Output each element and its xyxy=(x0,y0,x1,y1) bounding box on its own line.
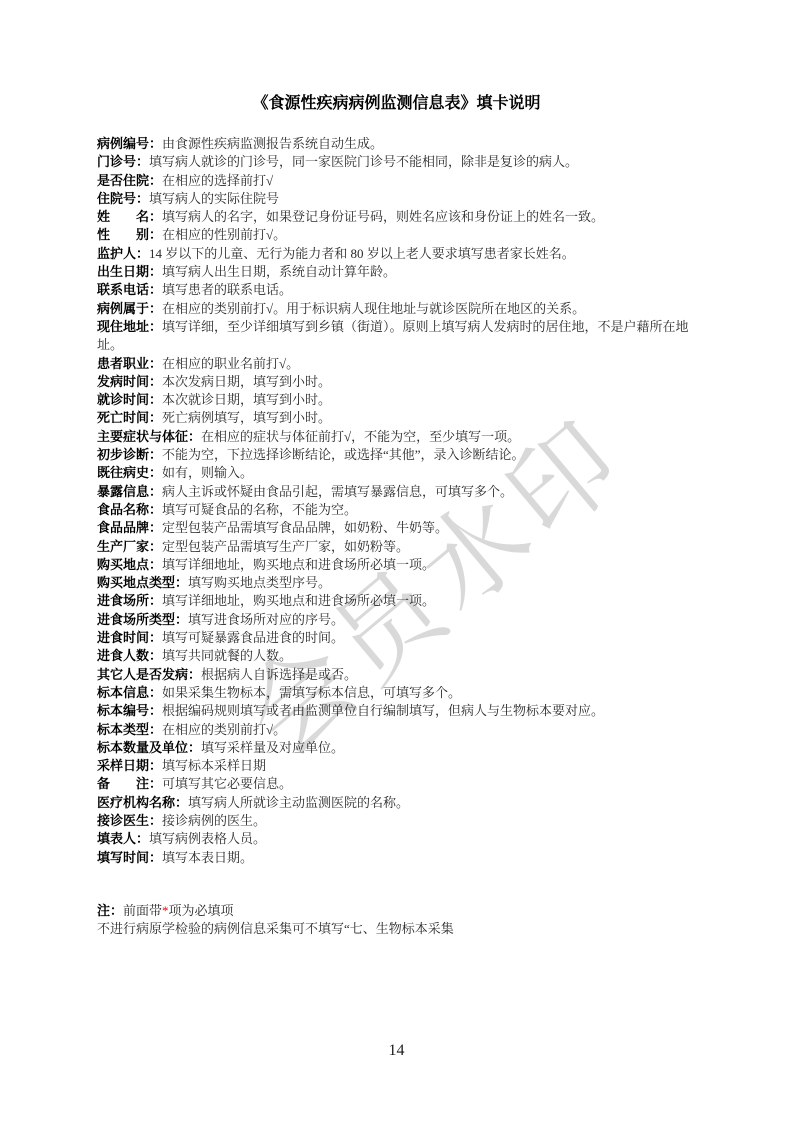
instruction-item: 住院号：填写病人的实际住院号 xyxy=(97,190,703,208)
instruction-item: 监护人：14 岁以下的儿童、无行为能力者和 80 岁以上老人要求填写患者家长姓名… xyxy=(97,245,703,263)
field-description: 如果采集生物标本，需填写标本信息，可填写多个。 xyxy=(162,685,461,700)
instruction-item: 进食场所类型：填写进食场所对应的序号。 xyxy=(97,611,703,629)
instruction-item: 就诊时间：本次就诊日期，填写到小时。 xyxy=(97,391,703,409)
field-description: 填写病人的名字，如果登记身份证号码，则姓名应该和身份证上的姓名一致。 xyxy=(162,209,604,224)
field-label: 进食场所： xyxy=(97,593,162,608)
instruction-item: 标本类型：在相应的类别前打√。 xyxy=(97,721,703,739)
field-label: 病例编号： xyxy=(97,136,162,151)
field-description: 填写标本采样日期 xyxy=(162,758,266,773)
field-label: 既往病史： xyxy=(97,465,162,480)
field-description: 不能为空，下拉选择诊断结论，或选择“其他”，录入诊断结论。 xyxy=(162,447,525,462)
field-description: 填写详细，至少详细填写到乡镇（街道）。原则上填写病人发病时的居住地，不是户藉所在… xyxy=(97,319,689,352)
field-description: 接诊病例的医生。 xyxy=(162,813,266,828)
field-description: 在相应的症状与体征前打√，不能为空，至少填写一项。 xyxy=(201,429,520,444)
instruction-item: 姓 名：填写病人的名字，如果登记身份证号码，则姓名应该和身份证上的姓名一致。 xyxy=(97,208,703,226)
field-description: 在相应的性别前打√。 xyxy=(162,227,286,242)
instruction-item: 进食场所：填写详细地址，购买地点和进食场所必填一项。 xyxy=(97,592,703,610)
field-description: 填写本表日期。 xyxy=(162,850,253,865)
page-title: 《食源性疾病病例监测信息表》填卡说明 xyxy=(0,90,793,113)
field-description: 填写病人所就诊主动监测医院的名称。 xyxy=(188,795,409,810)
instruction-item: 现住地址：填写详细，至少详细填写到乡镇（街道）。原则上填写病人发病时的居住地，不… xyxy=(97,318,703,355)
instruction-item: 标本编号：根据编码规则填写或者由监测单位自行编制填写，但病人与生物标本要对应。 xyxy=(97,702,703,720)
field-label: 备 注： xyxy=(97,776,162,791)
field-description: 填写详细地址，购买地点和进食场所必填一项。 xyxy=(162,593,435,608)
instruction-item: 发病时间：本次发病日期，填写到小时。 xyxy=(97,373,703,391)
field-description: 填写购买地点类型序号。 xyxy=(188,575,331,590)
instruction-item: 初步诊断：不能为空，下拉选择诊断结论，或选择“其他”，录入诊断结论。 xyxy=(97,446,703,464)
field-description: 定型包装产品需填写食品品牌，如奶粉、牛奶等。 xyxy=(162,520,448,535)
field-description: 在相应的职业名前打√。 xyxy=(162,356,299,371)
instruction-item: 性 别：在相应的性别前打√。 xyxy=(97,226,703,244)
field-label: 购买地点类型： xyxy=(97,575,188,590)
field-description: 填写可疑食品的名称，不能为空。 xyxy=(162,502,357,517)
field-description: 在相应的选择前打√ xyxy=(162,173,273,188)
instruction-item: 标本信息：如果采集生物标本，需填写标本信息，可填写多个。 xyxy=(97,684,703,702)
instruction-item: 购买地点类型：填写购买地点类型序号。 xyxy=(97,574,703,592)
field-label: 病例属于： xyxy=(97,301,162,316)
instruction-item: 主要症状与体征：在相应的症状与体征前打√，不能为空，至少填写一项。 xyxy=(97,428,703,446)
field-label: 标本类型： xyxy=(97,722,162,737)
field-description: 由食源性疾病监测报告系统自动生成。 xyxy=(162,136,383,151)
instruction-item: 其它人是否发病：根据病人自诉选择是或否。 xyxy=(97,666,703,684)
field-description: 死亡病例填写，填写到小时。 xyxy=(162,410,331,425)
field-label: 标本信息： xyxy=(97,685,162,700)
instruction-item: 既往病史：如有，则输入。 xyxy=(97,464,703,482)
field-description: 填写病人的实际住院号 xyxy=(149,191,279,206)
field-description: 本次发病日期，填写到小时。 xyxy=(162,374,331,389)
note-prefix: 前面带 xyxy=(123,903,162,918)
instruction-item: 出生日期：填写病人出生日期，系统自动计算年龄。 xyxy=(97,263,703,281)
field-description: 填写共同就餐的人数。 xyxy=(162,648,292,663)
field-label: 填表人： xyxy=(97,831,149,846)
field-description: 填写采样量及对应单位。 xyxy=(201,740,344,755)
field-label: 接诊医生： xyxy=(97,813,162,828)
document-page: 会员水印 《食源性疾病病例监测信息表》填卡说明 病例编号：由食源性疾病监测报告系… xyxy=(0,0,793,1122)
instruction-item: 病例编号：由食源性疾病监测报告系统自动生成。 xyxy=(97,135,703,153)
field-label: 性 别： xyxy=(97,227,162,242)
note-label: 注： xyxy=(97,903,123,918)
field-label: 进食时间： xyxy=(97,630,162,645)
instruction-item: 标本数量及单位：填写采样量及对应单位。 xyxy=(97,739,703,757)
field-description: 本次就诊日期，填写到小时。 xyxy=(162,392,331,407)
field-label: 现住地址： xyxy=(97,319,162,334)
field-label: 进食人数： xyxy=(97,648,162,663)
field-description: 填写患者的联系电话。 xyxy=(162,282,292,297)
instruction-item: 生产厂家：定型包装产品需填写生产厂家，如奶粉等。 xyxy=(97,538,703,556)
field-label: 主要症状与体征： xyxy=(97,429,201,444)
field-label: 就诊时间： xyxy=(97,392,162,407)
instruction-item: 食品名称：填写可疑食品的名称，不能为空。 xyxy=(97,501,703,519)
field-label: 购买地点： xyxy=(97,557,162,572)
instruction-item: 采样日期：填写标本采样日期 xyxy=(97,757,703,775)
field-label: 暴露信息： xyxy=(97,484,162,499)
field-label: 联系电话： xyxy=(97,282,162,297)
field-description: 在相应的类别前打√。用于标识病人现住地址与就诊医院所在地区的关系。 xyxy=(162,301,585,316)
note-suffix: 项为必填项 xyxy=(169,903,234,918)
field-description: 如有，则输入。 xyxy=(162,465,253,480)
required-note: 注：前面带*项为必填项 xyxy=(97,902,703,920)
field-description: 填写详细地址，购买地点和进食场所必填一项。 xyxy=(162,557,435,572)
field-description: 病人主诉或怀疑由食品引起，需填写暴露信息，可填写多个。 xyxy=(162,484,513,499)
instruction-item: 备 注：可填写其它必要信息。 xyxy=(97,775,703,793)
field-description: 在相应的类别前打√。 xyxy=(162,722,286,737)
field-label: 死亡时间： xyxy=(97,410,162,425)
field-label: 医疗机构名称： xyxy=(97,795,188,810)
instruction-item: 患者职业：在相应的职业名前打√。 xyxy=(97,355,703,373)
field-label: 采样日期： xyxy=(97,758,162,773)
page-number: 14 xyxy=(0,1042,793,1060)
field-description: 填写病人出生日期，系统自动计算年龄。 xyxy=(162,264,396,279)
instruction-item: 是否住院：在相应的选择前打√ xyxy=(97,172,703,190)
instruction-item: 购买地点：填写详细地址，购买地点和进食场所必填一项。 xyxy=(97,556,703,574)
field-label: 出生日期： xyxy=(97,264,162,279)
instruction-item: 接诊医生：接诊病例的医生。 xyxy=(97,812,703,830)
field-label: 生产厂家： xyxy=(97,539,162,554)
field-label: 标本编号： xyxy=(97,703,162,718)
instruction-item: 食品品牌：定型包装产品需填写食品品牌，如奶粉、牛奶等。 xyxy=(97,519,703,537)
instruction-item: 医疗机构名称：填写病人所就诊主动监测医院的名称。 xyxy=(97,794,703,812)
pathogen-note-text: 不进行病原学检验的病例信息采集可不填写“七、生物标本采集 xyxy=(97,921,454,936)
field-label: 发病时间： xyxy=(97,374,162,389)
field-description: 14 岁以下的儿童、无行为能力者和 80 岁以上老人要求填写患者家长姓名。 xyxy=(149,246,575,261)
field-label: 是否住院： xyxy=(97,173,162,188)
field-label: 进食场所类型： xyxy=(97,612,188,627)
field-label: 姓 名： xyxy=(97,209,162,224)
instruction-list: 病例编号：由食源性疾病监测报告系统自动生成。 门诊号：填写病人就诊的门诊号，同一… xyxy=(97,135,703,867)
field-description: 根据编码规则填写或者由监测单位自行编制填写，但病人与生物标本要对应。 xyxy=(162,703,604,718)
instruction-item: 填表人：填写病例表格人员。 xyxy=(97,830,703,848)
field-label: 门诊号： xyxy=(97,154,149,169)
field-label: 食品名称： xyxy=(97,502,162,517)
field-label: 食品品牌： xyxy=(97,520,162,535)
instruction-item: 填写时间：填写本表日期。 xyxy=(97,849,703,867)
field-description: 定型包装产品需填写生产厂家，如奶粉等。 xyxy=(162,539,409,554)
instruction-item: 门诊号：填写病人就诊的门诊号，同一家医院门诊号不能相同，除非是复诊的病人。 xyxy=(97,153,703,171)
instruction-item: 病例属于：在相应的类别前打√。用于标识病人现住地址与就诊医院所在地区的关系。 xyxy=(97,300,703,318)
field-description: 填写病人就诊的门诊号，同一家医院门诊号不能相同，除非是复诊的病人。 xyxy=(149,154,578,169)
instruction-item: 联系电话：填写患者的联系电话。 xyxy=(97,281,703,299)
instruction-item: 暴露信息：病人主诉或怀疑由食品引起，需填写暴露信息，可填写多个。 xyxy=(97,483,703,501)
footnotes: 注：前面带*项为必填项 不进行病原学检验的病例信息采集可不填写“七、生物标本采集 xyxy=(97,902,703,939)
field-description: 填写病例表格人员。 xyxy=(149,831,266,846)
field-description: 可填写其它必要信息。 xyxy=(162,776,292,791)
instruction-item: 进食时间：填写可疑暴露食品进食的时间。 xyxy=(97,629,703,647)
field-label: 患者职业： xyxy=(97,356,162,371)
instruction-item: 死亡时间：死亡病例填写，填写到小时。 xyxy=(97,409,703,427)
field-description: 根据病人自诉选择是或否。 xyxy=(201,667,357,682)
field-label: 填写时间： xyxy=(97,850,162,865)
instruction-item: 进食人数：填写共同就餐的人数。 xyxy=(97,647,703,665)
pathogen-note: 不进行病原学检验的病例信息采集可不填写“七、生物标本采集 xyxy=(97,920,703,938)
field-description: 填写进食场所对应的序号。 xyxy=(188,612,344,627)
field-label: 其它人是否发病： xyxy=(97,667,201,682)
field-label: 监护人： xyxy=(97,246,149,261)
field-description: 填写可疑暴露食品进食的时间。 xyxy=(162,630,344,645)
field-label: 标本数量及单位： xyxy=(97,740,201,755)
field-label: 住院号： xyxy=(97,191,149,206)
field-label: 初步诊断： xyxy=(97,447,162,462)
